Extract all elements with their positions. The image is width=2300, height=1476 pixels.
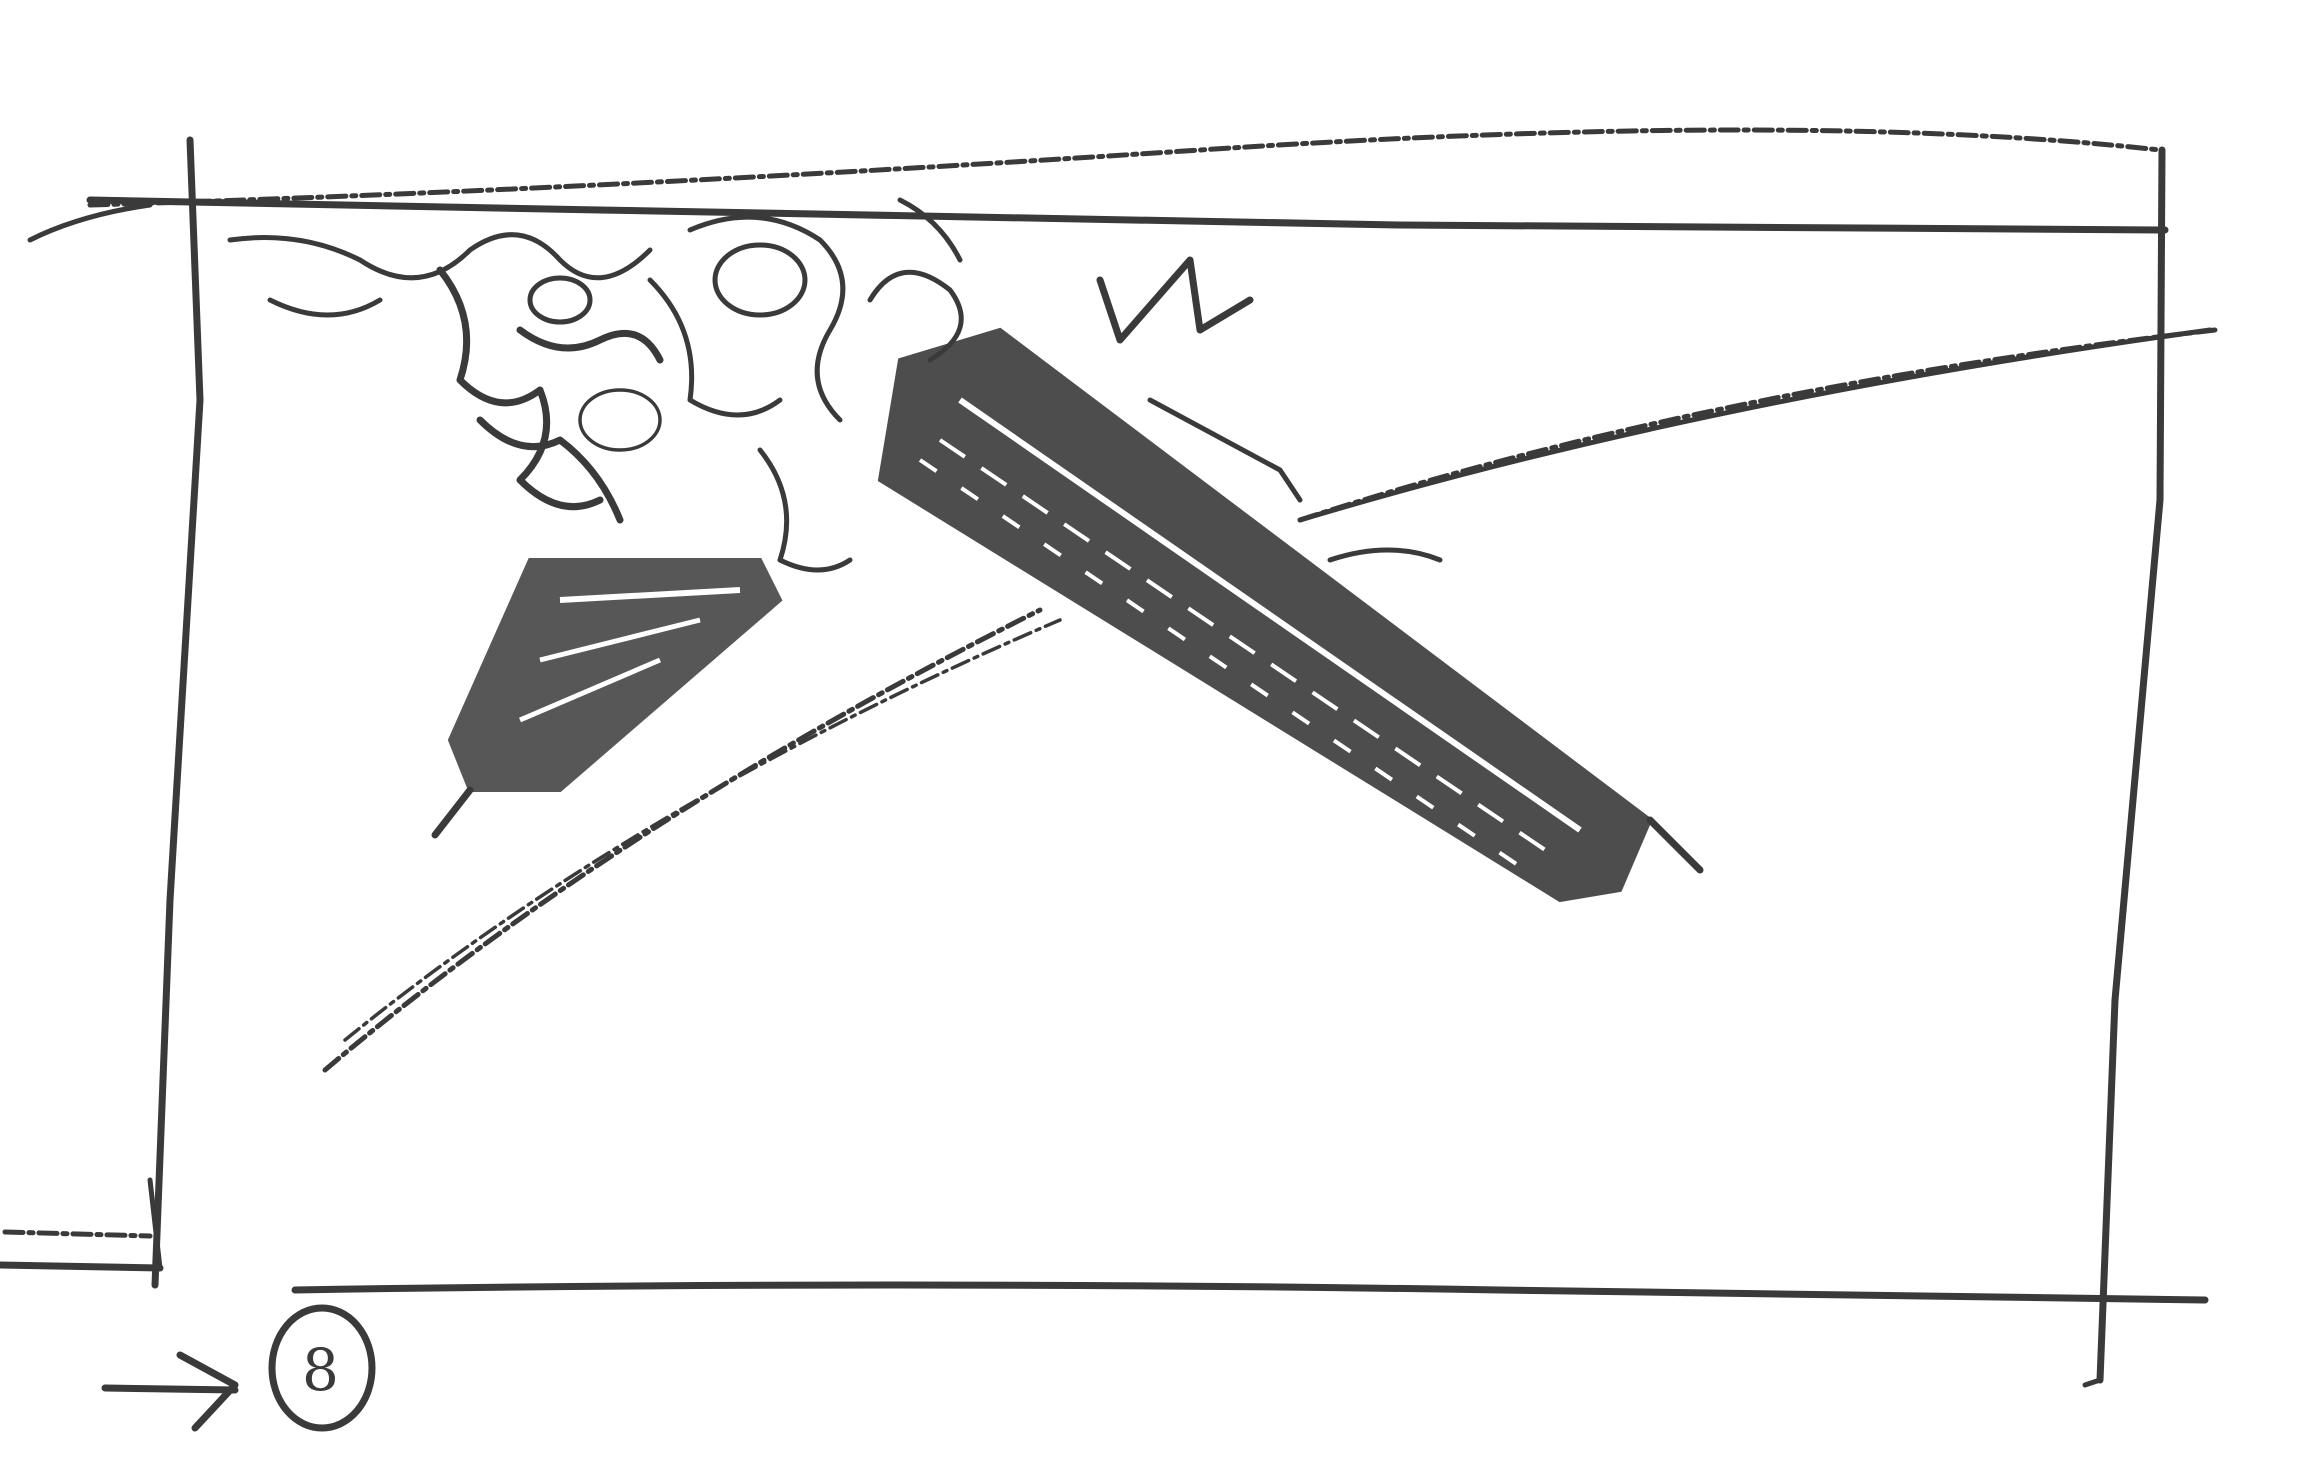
explosion-cloud — [230, 200, 961, 570]
storyboard-panel: 8 — [0, 0, 2300, 1476]
panel-number-label: 8 — [302, 1336, 339, 1404]
motion-trail — [325, 610, 1060, 1070]
horizon-line — [1300, 330, 2215, 520]
panel-frame — [0, 130, 2210, 1385]
left-fragment — [435, 560, 780, 835]
arrow-right-icon — [105, 1355, 235, 1428]
panel-number-marker: 8 — [105, 1308, 372, 1428]
right-fragment — [880, 260, 1700, 900]
